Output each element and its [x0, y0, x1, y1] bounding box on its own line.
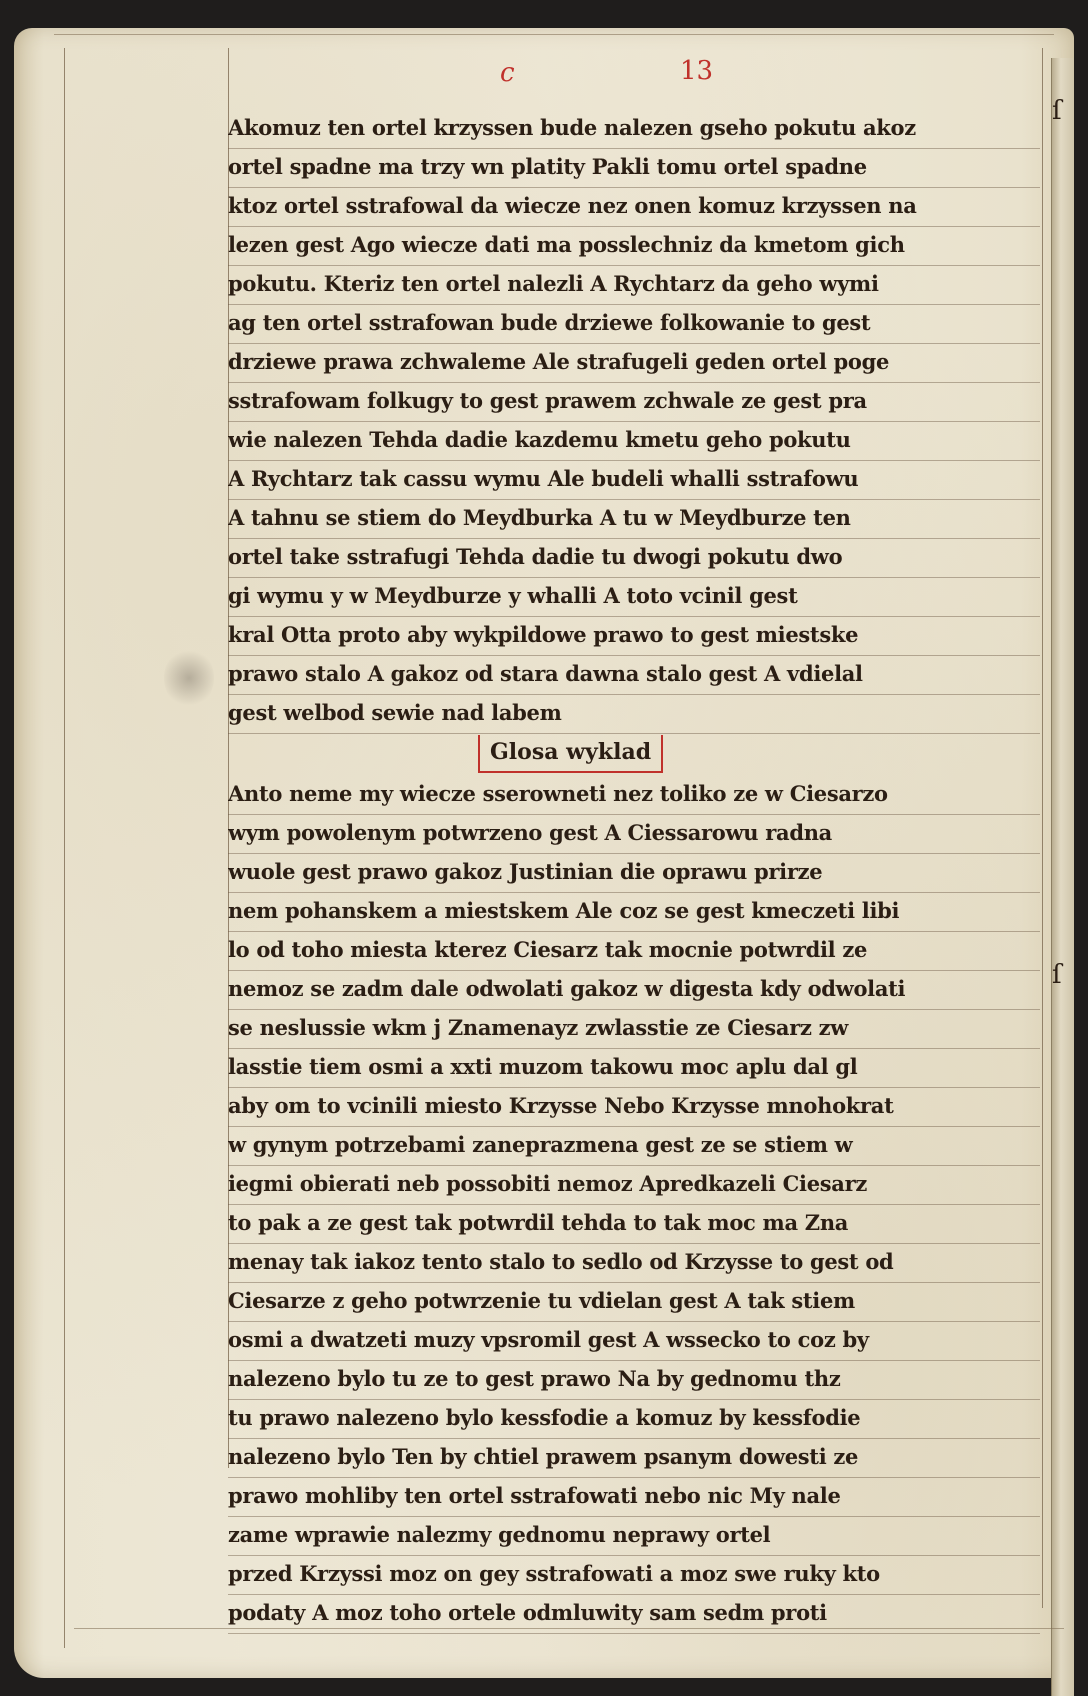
text-line: lezen gest Ago wiecze dati ma posslechni…: [228, 227, 1040, 266]
text-line: ktoz ortel sstrafowal da wiecze nez onen…: [228, 188, 1040, 227]
text-line: ortel take sstrafugi Tehda dadie tu dwog…: [228, 539, 1040, 578]
text-line: kral Otta proto aby wykpildowe prawo to …: [228, 617, 1040, 656]
text-line: drziewe prawa zchwaleme Ale strafugeli g…: [228, 344, 1040, 383]
gloss-line: nemoz se zadm dale odwolati gakoz w dige…: [228, 971, 1040, 1010]
gloss-line: iegmi obierati neb possobiti nemoz Apred…: [228, 1166, 1040, 1205]
gloss-line: w gynym potrzebami zaneprazmena gest ze …: [228, 1127, 1040, 1166]
gloss-line: wuole gest prawo gakoz Justinian die opr…: [228, 854, 1040, 893]
text-line: sstrafowam folkugy to gest prawem zchwal…: [228, 383, 1040, 422]
gloss-line: nalezeno bylo tu ze to gest prawo Na by …: [228, 1361, 1040, 1400]
gloss-line: podaty A moz toho ortele odmluwity sam s…: [228, 1595, 1040, 1634]
folio-letter-mark: c: [500, 58, 515, 88]
gloss-line: aby om to vcinili miesto Krzysse Nebo Kr…: [228, 1088, 1040, 1127]
text-line: gi wymu y w Meydburze y whalli A toto vc…: [228, 578, 1040, 617]
text-line: A Rychtarz tak cassu wymu Ale budeli wha…: [228, 461, 1040, 500]
gloss-line: to pak a ze gest tak potwrdil tehda to t…: [228, 1205, 1040, 1244]
gloss-line: przed Krzyssi moz on gey sstrafowati a m…: [228, 1556, 1040, 1595]
text-line: ortel spadne ma trzy wn platity Pakli to…: [228, 149, 1040, 188]
text-line: gest welbod sewie nad labem: [228, 695, 1040, 734]
gloss-line: lasstie tiem osmi a xxti muzom takowu mo…: [228, 1049, 1040, 1088]
text-line: A tahnu se stiem do Meydburka A tu w Mey…: [228, 500, 1040, 539]
gloss-line: Anto neme my wiecze sserowneti nez tolik…: [228, 776, 1040, 815]
gloss-line: se neslussie wkm j Znamenayz zwlasstie z…: [228, 1010, 1040, 1049]
margin-note-top: ſ: [1052, 96, 1062, 126]
inner-margin-rule-right: [1042, 48, 1043, 1608]
outer-margin-rule: [64, 48, 65, 1648]
gloss-line: lo od toho miesta kterez Ciesarz tak moc…: [228, 932, 1040, 971]
gloss-line: nem pohanskem a miestskem Ale coz se ges…: [228, 893, 1040, 932]
gloss-line: zame wprawie nalezmy gednomu neprawy ort…: [228, 1517, 1040, 1556]
gloss-line: tu prawo nalezeno bylo kessfodie a komuz…: [228, 1400, 1040, 1439]
gloss-line: nalezeno bylo Ten by chtiel prawem psany…: [228, 1439, 1040, 1478]
folio-number: 13: [680, 56, 713, 86]
text-line: prawo stalo A gakoz od stara dawna stalo…: [228, 656, 1040, 695]
margin-note-middle: ſ: [1052, 960, 1062, 990]
adjacent-page-edge: [1051, 58, 1074, 1696]
gloss-line: menay tak iakoz tento stalo to sedlo od …: [228, 1244, 1040, 1283]
gloss-line: wym powolenym potwrzeno gest A Ciessarow…: [228, 815, 1040, 854]
text-line: Akomuz ten ortel krzyssen bude nalezen g…: [228, 110, 1040, 149]
gloss-line: prawo mohliby ten ortel sstrafowati nebo…: [228, 1478, 1040, 1517]
top-ruling: [54, 34, 1054, 35]
ink-smudge: [164, 648, 214, 708]
text-line: pokutu. Kteriz ten ortel nalezli A Rycht…: [228, 266, 1040, 305]
gloss-line: Ciesarze z geho potwrzenie tu vdielan ge…: [228, 1283, 1040, 1322]
text-line: wie nalezen Tehda dadie kazdemu kmetu ge…: [228, 422, 1040, 461]
text-line: ag ten ortel sstrafowan bude drziewe fol…: [228, 305, 1040, 344]
gloss-line: osmi a dwatzeti muzy vpsromil gest A wss…: [228, 1322, 1040, 1361]
gloss-heading: Glosa wyklad: [478, 735, 663, 773]
